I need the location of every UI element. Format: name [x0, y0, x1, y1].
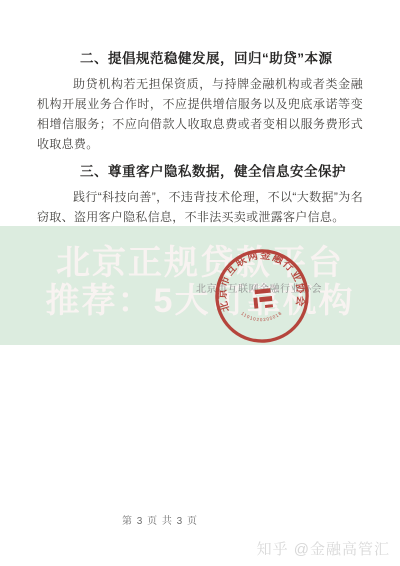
zhihu-account-watermark: 知乎 @金融高管汇 — [257, 538, 390, 559]
seal-ring-text: 北京市互联网金融行业协会 — [213, 247, 310, 318]
section-heading-3: 三、尊重客户隐私数据，健全信息安全保护 — [37, 161, 363, 183]
section-paragraph-2: 助贷机构若无担保资质，与持牌金融机构或者类金融机构开展业务合作时，不应提供增信服… — [37, 74, 363, 154]
seal-serial-number: 1101020205018 — [240, 307, 284, 325]
seal-center-emblem — [253, 288, 274, 309]
section-heading-2: 二、提倡规范稳健发展，回归“助贷”本源 — [37, 48, 363, 70]
official-seal-stamp: 北京市互联网金融行业协会 1101020205018 — [213, 247, 311, 345]
page-number-indicator: 第 3 页 共 3 页 — [0, 512, 320, 527]
banner-line-1: 北京正规贷款平台 — [0, 244, 400, 282]
document-text-block: 二、提倡规范稳健发展，回归“助贷”本源 助贷机构若无担保资质，与持牌金融机构或者… — [37, 48, 363, 233]
document-page: 二、提倡规范稳健发展，回归“助贷”本源 助贷机构若无担保资质，与持牌金融机构或者… — [0, 0, 400, 566]
section-paragraph-3: 践行“科技向善”，不违背技术伦理，不以“大数据”为名窃取、盗用客户隐私信息，不非… — [37, 187, 363, 227]
